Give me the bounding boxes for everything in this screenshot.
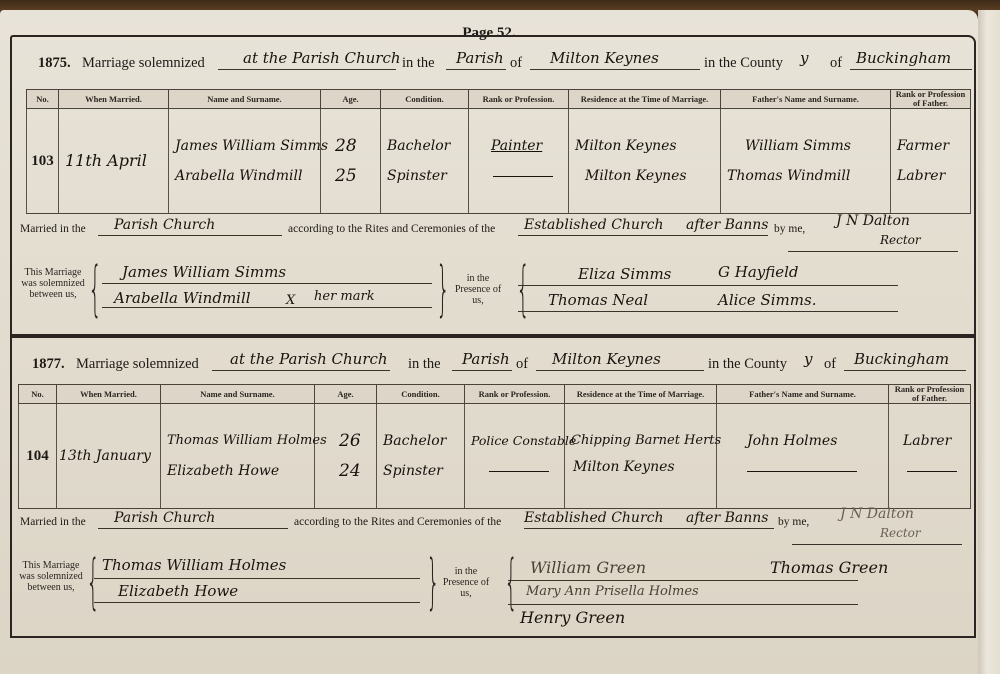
col-rank: Rank or Profession. [469,90,569,109]
col-condition: Condition. [377,385,465,404]
col-age: Age. [315,385,377,404]
col-when-married: When Married. [57,385,161,404]
bride-condition: Spinster [381,161,468,191]
marriage-entry-104: 1877. Marriage solemnized at the Parish … [10,336,976,638]
entry-table: No. When Married. Name and Surname. Age.… [26,89,971,214]
col-name: Name and Surname. [169,90,321,109]
entry-heading: 1875. Marriage solemnized at the Parish … [18,49,968,73]
officiant: J N Dalton [836,213,910,229]
signature-groom: James William Simms [122,263,286,281]
groom-father: John Holmes [717,426,888,456]
col-no: No. [19,385,57,404]
bride-father-dash [717,456,888,486]
bride-father-rank-dash [889,456,970,486]
witness-3: Mary Ann Prisella Holmes [526,584,699,599]
col-name: Name and Surname. [161,385,315,404]
entry-county-name: Buckingham [856,49,951,67]
entry-parish-name: Milton Keynes [552,350,661,368]
col-father: Father's Name and Surname. [721,90,891,109]
when-married: 13th January [57,441,160,471]
officiant-title: Rector [880,233,921,247]
label-this-marriage: This Marriage was solemnized between us, [16,560,86,593]
entry-year: 1875. [38,55,71,72]
entry-county-name: Buckingham [854,350,949,368]
table-row: 103 11th April James William Simms Arabe… [27,109,971,214]
county-suffix: y [804,350,812,368]
label-in-presence: in the Presence of us, [450,273,506,306]
witness-4: Henry Green [520,608,625,627]
bride-father-rank: Labrer [891,161,970,191]
label-according-to: according to the Rites and Ceremonies of… [294,516,501,528]
rites-value: Established Church [524,217,664,233]
groom-father-rank: Farmer [891,131,970,161]
label-of: of [510,55,522,72]
label-married-in: Married in the [20,223,86,235]
col-condition: Condition. [381,90,469,109]
bride-mark: X [286,293,295,308]
groom-father-rank: Labrer [889,426,970,456]
entry-number: 103 [27,109,59,214]
witness-2: G Hayfield [718,263,799,281]
bride-rank-dash [465,456,564,486]
signatures-block: This Marriage was solemnized between us,… [18,255,958,325]
label-married-in: Married in the [20,516,86,528]
label-by-me: by me, [774,223,805,235]
bride-condition: Spinster [377,456,464,486]
label-by-me: by me, [778,516,809,528]
label-in-the: in the [408,356,441,373]
label-county: in the County [704,55,783,72]
officiant-title: Rector [880,526,921,540]
col-father-rank: Rank or Profession of Father. [889,385,971,404]
groom-residence: Chipping Barnet Herts [565,430,716,452]
signature-bride: Elizabeth Howe [118,582,238,600]
col-rank: Rank or Profession. [465,385,565,404]
groom-rank: Police Constable [465,426,564,456]
groom-age: 28 [321,131,380,161]
bride-father: Thomas Windmill [721,161,890,191]
col-residence: Residence at the Time of Marriage. [565,385,717,404]
signature-groom: Thomas William Holmes [102,556,286,574]
entry-year: 1877. [32,356,65,373]
her-mark-text: her mark [314,289,375,304]
label-of-county: of [830,55,842,72]
bride-rank-dash [469,161,568,191]
entry-parish-name: Milton Keynes [550,49,659,67]
bride-age: 25 [321,161,380,191]
entry-place: at the Parish Church [230,350,388,368]
entry-parish-word: Parish [456,49,504,67]
label-of: of [516,356,528,373]
rites-value: Established Church [524,510,664,526]
married-in-row: Married in the Parish Church according t… [18,508,968,538]
witness-2: Thomas Green [770,558,888,577]
col-residence: Residence at the Time of Marriage. [569,90,721,109]
label-county: in the County [708,356,787,373]
label-marriage-solemnized: Marriage solemnized [76,356,199,373]
bride-residence: Milton Keynes [569,161,720,191]
table-row: 104 13th January Thomas William Holmes E… [19,404,971,509]
entry-parish-word: Parish [462,350,510,368]
married-in-value: Parish Church [114,510,215,526]
col-father-rank: Rank or Profession of Father. [891,90,971,109]
col-age: Age. [321,90,381,109]
label-according-to: according to the Rites and Ceremonies of… [288,223,495,235]
col-when-married: When Married. [59,90,169,109]
groom-father: William Simms [721,131,890,161]
label-marriage-solemnized: Marriage solemnized [82,55,205,72]
bride-residence: Milton Keynes [565,452,716,482]
label-in-the: in the [402,55,435,72]
groom-condition: Bachelor [377,426,464,456]
label-in-presence: in the Presence of us, [438,566,494,599]
next-page-edge [978,10,1000,674]
label-this-marriage: This Marriage was solemnized between us, [18,267,88,300]
col-father: Father's Name and Surname. [717,385,889,404]
signatures-block: This Marriage was solemnized between us,… [18,548,958,618]
entry-number: 104 [19,404,57,509]
married-in-row: Married in the Parish Church according t… [18,215,968,245]
after-banns: after Banns [686,217,768,233]
county-suffix: y [800,49,808,67]
entry-place: at the Parish Church [243,49,401,67]
bride-name: Arabella Windmill [169,161,320,191]
marriage-entry-103: 1875. Marriage solemnized at the Parish … [10,35,976,336]
witness-1: Eliza Simms [578,265,671,283]
col-no: No. [27,90,59,109]
witness-3: Thomas Neal [548,291,648,309]
groom-rank: Painter [469,131,568,161]
entry-table: No. When Married. Name and Surname. Age.… [18,384,971,509]
bride-age: 24 [315,456,376,486]
witness-4: Alice Simms. [718,291,816,309]
groom-residence: Milton Keynes [569,131,720,161]
married-in-value: Parish Church [114,217,215,233]
bride-name: Elizabeth Howe [161,456,314,486]
after-banns: after Banns [686,510,768,526]
table-header-row: No. When Married. Name and Surname. Age.… [27,90,971,109]
officiant: J N Dalton [840,506,914,522]
when-married: 11th April [59,146,168,176]
groom-name: Thomas William Holmes [161,426,314,456]
label-of-county: of [824,356,836,373]
groom-age: 26 [315,426,376,456]
table-header-row: No. When Married. Name and Surname. Age.… [19,385,971,404]
groom-condition: Bachelor [381,131,468,161]
entry-heading: 1877. Marriage solemnized at the Parish … [18,350,968,374]
groom-name: James William Simms [169,131,320,161]
witness-1: William Green [530,558,646,577]
signature-bride: Arabella Windmill [114,289,251,307]
